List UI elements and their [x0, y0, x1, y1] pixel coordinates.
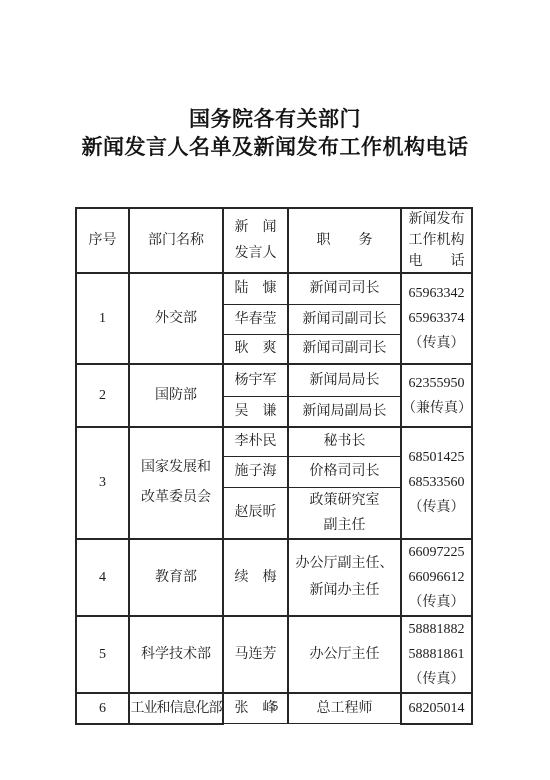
position-cell: 新闻局局长 — [288, 364, 401, 396]
position-cell: 新闻司副司长 — [288, 334, 401, 364]
phone-cell: 65963342 65963374 （传真） — [401, 273, 472, 364]
department-cell: 科学技术部 — [129, 616, 223, 693]
table-row: 4 教育部 续 梅 办公厅副主任、 新闻办主任 66097225 6609661… — [76, 539, 472, 616]
serial-cell: 4 — [76, 539, 129, 616]
department-cell: 国防部 — [129, 364, 223, 427]
position-cell: 新闻司司长 — [288, 273, 401, 304]
position-cell: 秘书长 — [288, 427, 401, 456]
phone-cell: 68501425 68533560 （传真） — [401, 427, 472, 539]
spokesperson-name-cell: 吴 谦 — [223, 396, 288, 427]
spokesperson-name-cell: 华春莹 — [223, 304, 288, 334]
department-cell: 教育部 — [129, 539, 223, 616]
header-serial-number: 序号 — [76, 208, 129, 273]
table-row: 1 外交部 陆 慷 新闻司司长 65963342 65963374 （传真） — [76, 273, 472, 304]
header-position: 职 务 — [288, 208, 401, 273]
page-title: 国务院各有关部门 新闻发言人名单及新闻发布工作机构电话 — [0, 106, 550, 162]
header-phone: 新闻发布 工作机构 电 话 — [401, 208, 472, 273]
serial-cell: 5 — [76, 616, 129, 693]
page-title-line1: 国务院各有关部门 — [0, 106, 550, 134]
phone-cell: 66097225 66096612 （传真） — [401, 539, 472, 616]
spokesperson-name-cell: 马连芳 — [223, 616, 288, 693]
spokesperson-name-cell: 续 梅 — [223, 539, 288, 616]
spokesperson-name-cell: 耿 爽 — [223, 334, 288, 364]
table-row: 2 国防部 杨宇军 新闻局局长 62355950 （兼传真） — [76, 364, 472, 396]
position-cell: 新闻司副司长 — [288, 304, 401, 334]
position-cell: 政策研究室 副主任 — [288, 487, 401, 539]
serial-cell: 1 — [76, 273, 129, 364]
header-department-name: 部门名称 — [129, 208, 223, 273]
serial-cell: 3 — [76, 427, 129, 539]
phone-cell: 58881882 58881861 （传真） — [401, 616, 472, 693]
serial-cell: 2 — [76, 364, 129, 427]
page-title-line2: 新闻发言人名单及新闻发布工作机构电话 — [0, 134, 550, 162]
spokesperson-name-cell: 陆 慷 — [223, 273, 288, 304]
table-header-row: 序号 部门名称 新 闻 发言人 职 务 新闻发布 工作机构 电 话 — [76, 208, 472, 273]
position-cell: 新闻局副局长 — [288, 396, 401, 427]
department-cell: 外交部 — [129, 273, 223, 364]
position-cell: 办公厅主任 — [288, 616, 401, 693]
department-cell: 国家发展和 改革委员会 — [129, 427, 223, 539]
spokesperson-name-cell: 杨宇军 — [223, 364, 288, 396]
position-cell: 价格司司长 — [288, 456, 401, 487]
table-row: 5 科学技术部 马连芳 办公厅主任 58881882 58881861 （传真） — [76, 616, 472, 693]
phone-cell: 62355950 （兼传真） — [401, 364, 472, 427]
document-page: 国务院各有关部门 新闻发言人名单及新闻发布工作机构电话 序号 部门名称 新 闻 … — [0, 0, 550, 780]
spokesperson-name-cell: 赵辰昕 — [223, 487, 288, 539]
position-cell: 办公厅副主任、 新闻办主任 — [288, 539, 401, 616]
spokesperson-table: 序号 部门名称 新 闻 发言人 职 务 新闻发布 工作机构 电 话 1 外交部 … — [75, 207, 473, 725]
spokesperson-name-cell: 施子海 — [223, 456, 288, 487]
page-number: 5 — [0, 698, 550, 714]
table-row: 3 国家发展和 改革委员会 李朴民 秘书长 68501425 68533560 … — [76, 427, 472, 456]
header-spokesperson: 新 闻 发言人 — [223, 208, 288, 273]
spokesperson-name-cell: 李朴民 — [223, 427, 288, 456]
